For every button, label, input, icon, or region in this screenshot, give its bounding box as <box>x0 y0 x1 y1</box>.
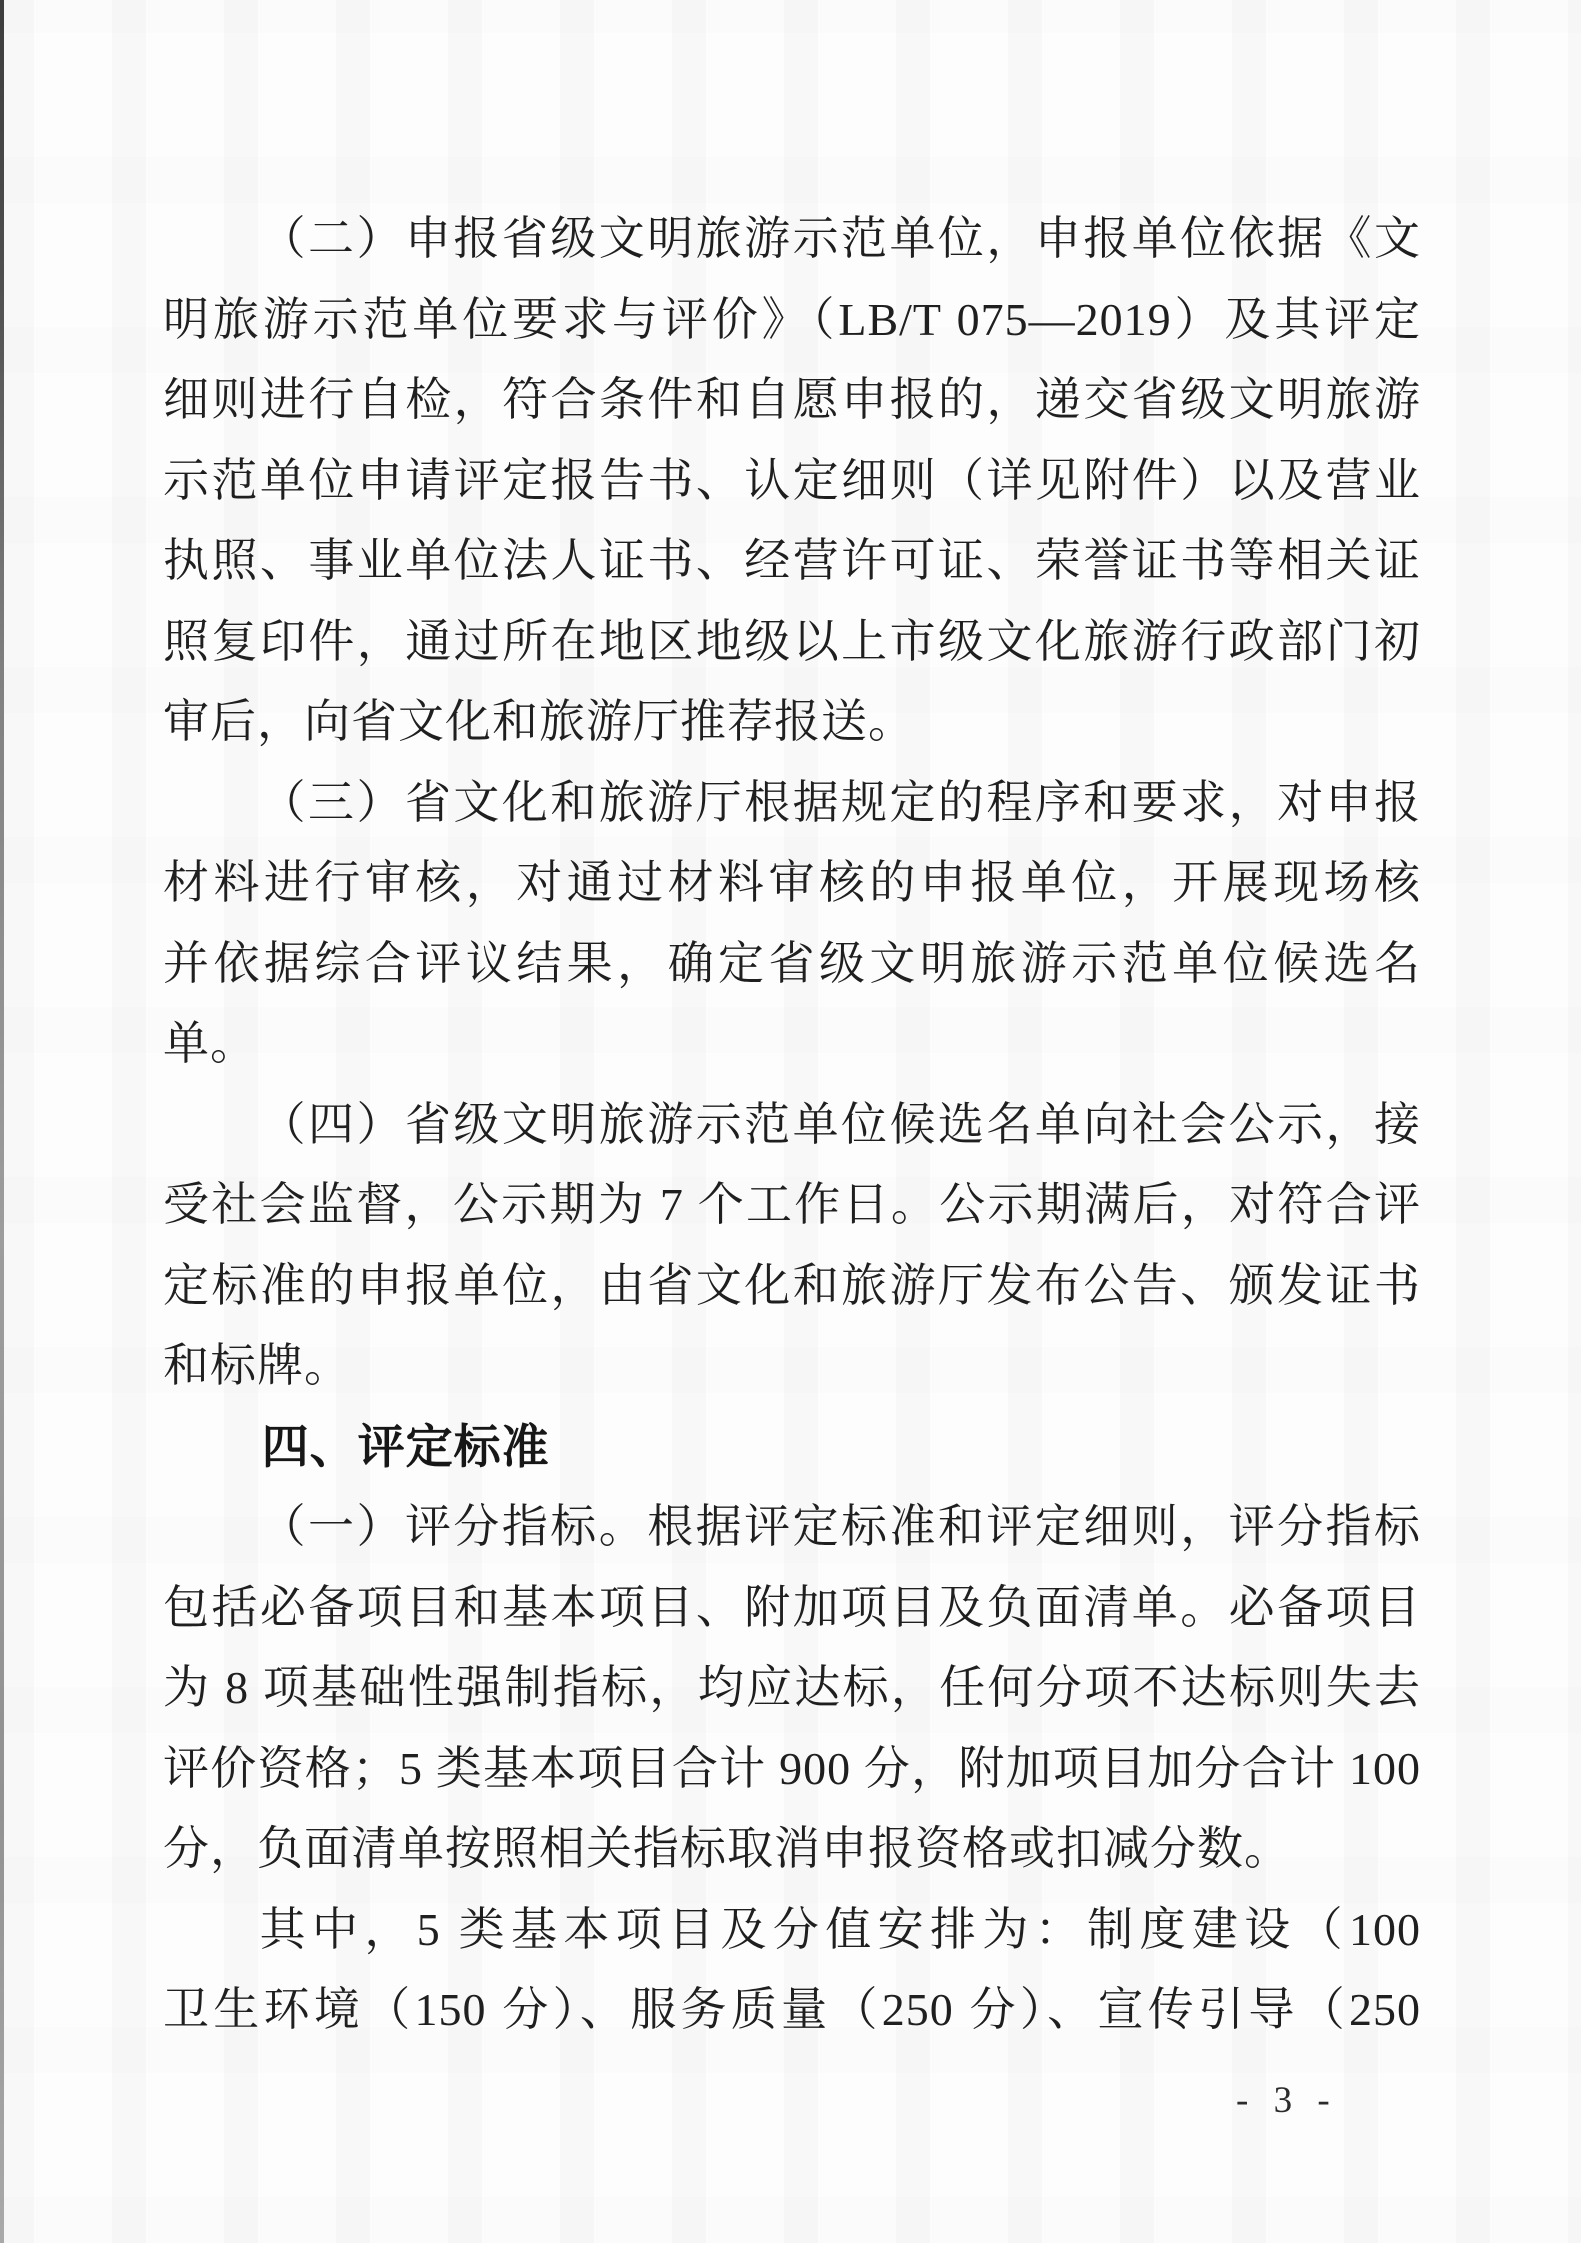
text-line: （三）省文化和旅游厅根据规定的程序和要求，对申报 <box>163 763 1421 844</box>
text-line: 材料进行审核，对通过材料审核的申报单位，开展现场核查， <box>163 843 1421 924</box>
text-line: 和标牌。 <box>163 1326 1421 1407</box>
text-line: （四）省级文明旅游示范单位候选名单向社会公示，接 <box>163 1085 1421 1166</box>
text-line: 评价资格；5 类基本项目合计 900 分，附加项目加分合计 100 <box>163 1729 1421 1810</box>
text-line: 明旅游示范单位要求与评价》（LB/T 075—2019）及其评定 <box>163 280 1421 361</box>
text-line: 细则进行自检，符合条件和自愿申报的，递交省级文明旅游 <box>163 360 1421 441</box>
text-line: 审后，向省文化和旅游厅推荐报送。 <box>163 682 1421 763</box>
page-number: - 3 - <box>1236 2079 1338 2122</box>
text-line: 执照、事业单位法人证书、经营许可证、荣誉证书等相关证 <box>163 521 1421 602</box>
document-text-block: （二）申报省级文明旅游示范单位，申报单位依据《文 明旅游示范单位要求与评价》（L… <box>163 199 1421 2051</box>
text-line: （二）申报省级文明旅游示范单位，申报单位依据《文 <box>163 199 1421 280</box>
text-line: 照复印件，通过所在地区地级以上市级文化旅游行政部门初 <box>163 602 1421 683</box>
text-line: 为 8 项基础性强制指标，均应达标，任何分项不达标则失去 <box>163 1648 1421 1729</box>
scan-edge-artifact <box>0 0 4 2243</box>
scanned-document-page: （二）申报省级文明旅游示范单位，申报单位依据《文 明旅游示范单位要求与评价》（L… <box>0 0 1581 2243</box>
text-line: （一）评分指标。根据评定标准和评定细则，评分指标 <box>163 1487 1421 1568</box>
section-heading: 四、评定标准 <box>163 1407 1421 1488</box>
text-line: 定标准的申报单位，由省文化和旅游厅发布公告、颁发证书 <box>163 1246 1421 1327</box>
text-line: 示范单位申请评定报告书、认定细则（详见附件）以及营业 <box>163 441 1421 522</box>
text-line: 并依据综合评议结果，确定省级文明旅游示范单位候选名 <box>163 924 1421 1005</box>
text-line: 单。 <box>163 1004 1421 1085</box>
text-line: 包括必备项目和基本项目、附加项目及负面清单。必备项目 <box>163 1568 1421 1649</box>
text-line: 分，负面清单按照相关指标取消申报资格或扣减分数。 <box>163 1809 1421 1890</box>
text-line: 其中，5 类基本项目及分值安排为：制度建设（100 分）、 <box>163 1890 1421 1971</box>
text-line: 卫生环境（150 分）、服务质量（250 分）、宣传引导（250 <box>163 1970 1421 2051</box>
text-line: 受社会监督，公示期为 7 个工作日。公示期满后，对符合评 <box>163 1165 1421 1246</box>
